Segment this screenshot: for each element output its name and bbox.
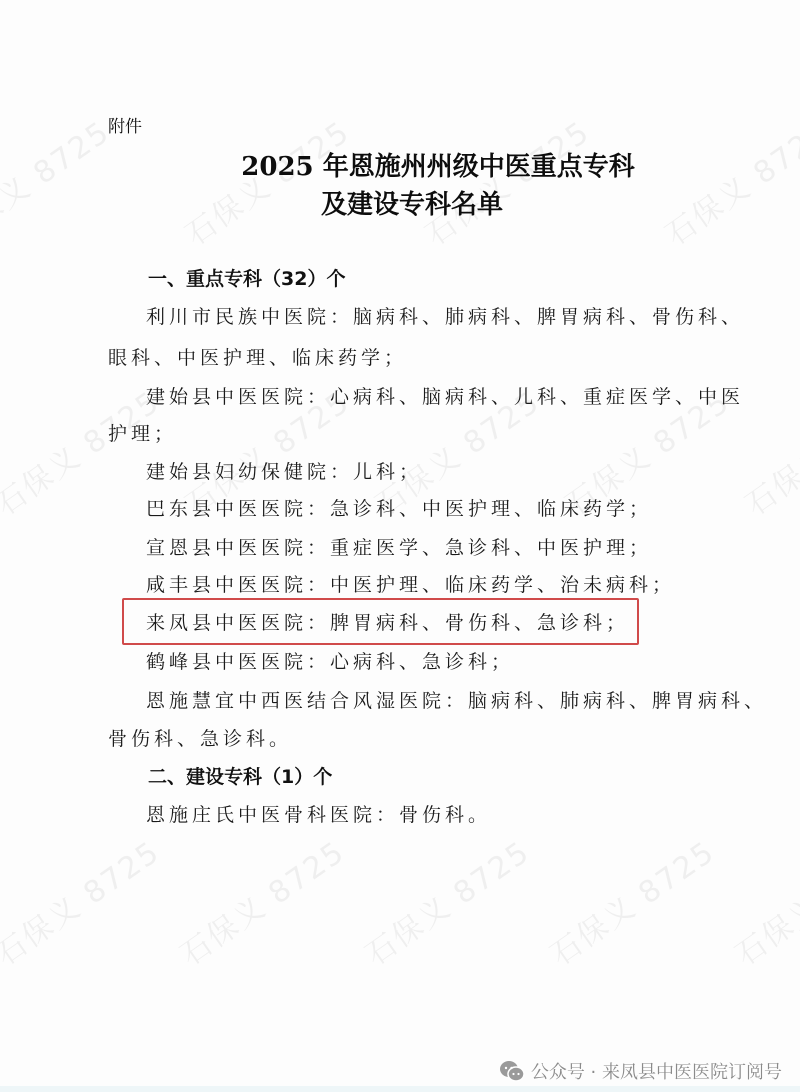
bottom-bar	[0, 1086, 800, 1092]
watermark: 石保义 8725	[540, 828, 722, 974]
entry-line: 恩施庄氏中医骨科医院：骨伤科。	[146, 800, 491, 827]
attachment-label: 附件	[108, 112, 142, 137]
watermark: 石保义 8725	[0, 828, 167, 974]
entry-line: 建始县中医医院：心病科、脑病科、儿科、重症医学、中医	[146, 382, 744, 409]
section-heading-key-specialties: 一、重点专科（32）个	[148, 264, 345, 291]
entry-line: 眼科、中医护理、临床药学；	[108, 343, 407, 370]
entry-line: 建始县妇幼保健院：儿科；	[146, 457, 422, 484]
document-page: 石保义 8725 石保义 8725 石保义 8725 石保义 8725 石保义 …	[0, 0, 800, 1092]
entry-line: 咸丰县中医医院：中医护理、临床药学、治未病科；	[146, 570, 675, 597]
entry-line: 宣恩县中医医院：重症医学、急诊科、中医护理；	[146, 533, 652, 560]
footer-text: 公众号 · 来凤县中医医院订阅号	[531, 1058, 782, 1084]
watermark: 石保义 8725	[0, 378, 167, 524]
entry-line-highlighted: 来凤县中医医院：脾胃病科、骨伤科、急诊科；	[146, 608, 629, 635]
wechat-icon	[499, 1060, 525, 1082]
entry-line: 巴东县中医医院：急诊科、中医护理、临床药学；	[146, 494, 652, 521]
entry-line: 护理；	[108, 419, 177, 446]
watermark: 石保义 8725	[735, 378, 800, 524]
entry-line: 利川市民族中医院：脑病科、肺病科、脾胃病科、骨伤科、	[146, 302, 744, 329]
wechat-account-footer: 公众号 · 来凤县中医医院订阅号	[499, 1058, 782, 1084]
entry-line: 鹤峰县中医医院：心病科、急诊科；	[146, 647, 514, 674]
entry-line: 骨伤科、急诊科。	[108, 724, 292, 751]
document-title-line-2: 及建设专科名单	[12, 184, 800, 221]
entry-line: 恩施慧宜中西医结合风湿医院：脑病科、肺病科、脾胃病科、	[146, 686, 767, 713]
watermark: 石保义 8725	[355, 828, 537, 974]
watermark: 石保义 8725	[725, 828, 800, 974]
document-title-line-1: 2025 年恩施州州级中医重点专科	[38, 146, 800, 183]
section-heading-development-specialties: 二、建设专科（1）个	[148, 762, 332, 789]
watermark: 石保义 8725	[170, 828, 352, 974]
